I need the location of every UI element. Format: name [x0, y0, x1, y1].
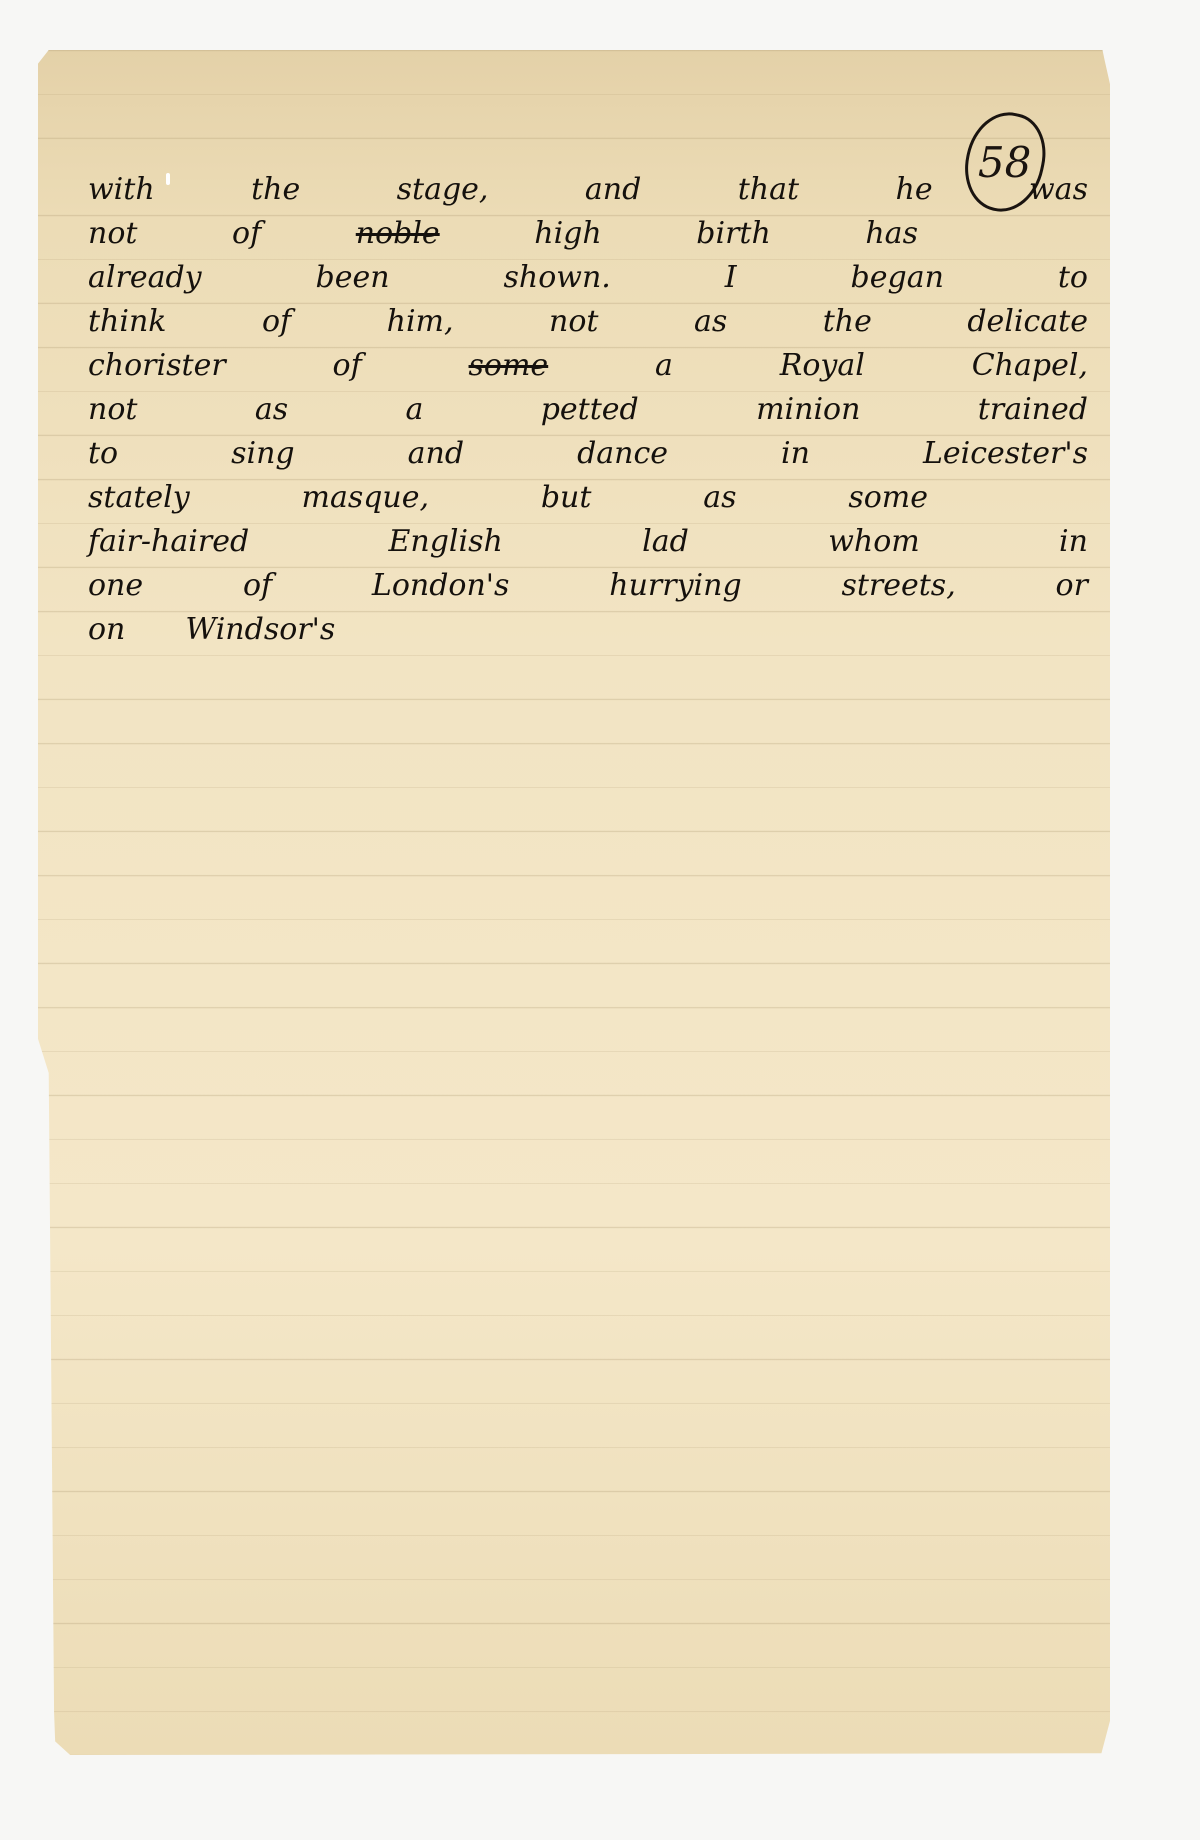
word: English: [389, 520, 503, 564]
word: been: [316, 256, 390, 300]
word: high: [534, 212, 601, 256]
text-line: think of him, not as the delicate: [88, 300, 1088, 344]
struck-word: noble: [356, 212, 440, 256]
word: with: [88, 168, 155, 212]
word: chorister: [88, 344, 226, 388]
text-line: chorister of some a Royal Chapel,: [88, 344, 1088, 388]
text-line: already been shown. I began to: [88, 256, 1088, 300]
word: Windsor's: [185, 608, 335, 652]
word: in: [1059, 520, 1088, 564]
text-line: not as a petted minion trained: [88, 388, 1088, 432]
word: and: [408, 432, 464, 476]
word: began: [851, 256, 944, 300]
word: minion: [756, 388, 860, 432]
word: sing: [231, 432, 295, 476]
text-line: fair-haired English lad whom in: [88, 520, 1088, 564]
word: in: [781, 432, 810, 476]
text-line: not of noble high birth has: [88, 212, 1088, 256]
word: that: [738, 168, 799, 212]
text-line: stately masque, but as some: [88, 476, 1088, 520]
word: shown.: [504, 256, 611, 300]
word: Leicester's: [923, 432, 1088, 476]
word: of: [262, 300, 291, 344]
word: Royal: [780, 344, 865, 388]
word: stately: [88, 476, 190, 520]
word: masque,: [302, 476, 430, 520]
word: stage,: [397, 168, 489, 212]
word: some: [848, 476, 928, 520]
word: petted: [541, 388, 639, 432]
word: as: [703, 476, 736, 520]
text-line: on Windsor's: [88, 608, 1088, 652]
struck-word: some: [469, 344, 549, 388]
word: was: [1029, 168, 1088, 212]
word: not: [549, 300, 598, 344]
word: already: [88, 256, 202, 300]
word: and: [585, 168, 641, 212]
word: hurrying: [609, 564, 741, 608]
word: fair-haired: [88, 520, 249, 564]
text-line: to sing and dance in Leicester's: [88, 432, 1088, 476]
word: on: [88, 608, 125, 652]
word: him,: [387, 300, 454, 344]
word: the: [823, 300, 872, 344]
word: of: [333, 344, 362, 388]
word: not: [88, 388, 137, 432]
word: whom: [828, 520, 920, 564]
word: birth: [696, 212, 771, 256]
word: has: [865, 212, 918, 256]
word: but: [541, 476, 592, 520]
word: London's: [372, 564, 510, 608]
word: lad: [642, 520, 689, 564]
word: the: [251, 168, 300, 212]
word: think: [88, 300, 166, 344]
word: I: [725, 256, 737, 300]
word: Chapel,: [972, 344, 1088, 388]
word: of: [243, 564, 272, 608]
word: a: [655, 344, 673, 388]
text-line: with the stage, and that he was: [88, 168, 1088, 212]
text-line: one of London's hurrying streets, or: [88, 564, 1088, 608]
word: a: [405, 388, 423, 432]
word: streets,: [841, 564, 955, 608]
word: of: [232, 212, 261, 256]
word: dance: [577, 432, 668, 476]
word: or: [1056, 564, 1088, 608]
handwritten-text: with the stage, and that he was not of n…: [88, 168, 1088, 652]
word: delicate: [967, 300, 1088, 344]
word: to: [1058, 256, 1088, 300]
word: one: [88, 564, 143, 608]
word: trained: [978, 388, 1088, 432]
word: as: [255, 388, 288, 432]
word: he: [896, 168, 933, 212]
word: not: [88, 212, 137, 256]
word: to: [88, 432, 118, 476]
word: as: [694, 300, 727, 344]
